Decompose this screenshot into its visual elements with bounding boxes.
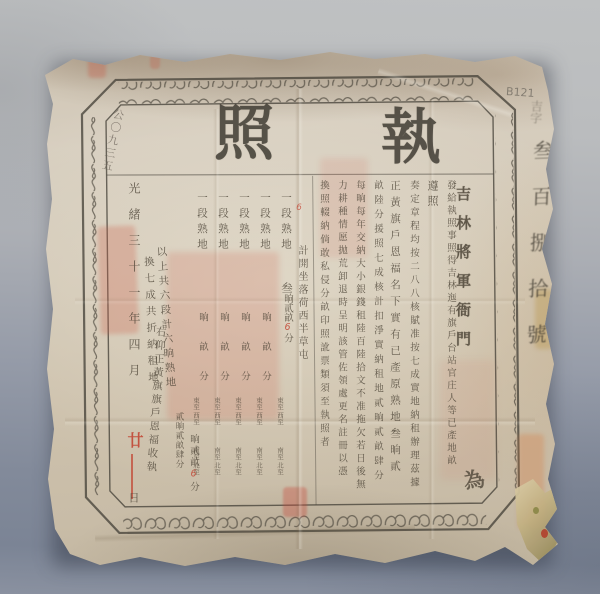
- red-amount-digit: 6: [188, 469, 199, 482]
- preamble-column-2-zunzhao: 遵照: [424, 180, 440, 210]
- document-paper: 執 照 吉林將軍衙門 為 發給執照事照得吉林迤有旗戶台站官庄人等已產地畝 遵照 …: [45, 49, 559, 566]
- listing-header-column: 計開坐落荷西半草屯: [294, 245, 327, 362]
- totals-line-1-value: 貳晌貳畝肆分: [173, 412, 185, 469]
- land-entry-4: 一段熟地 晌畝分 東至西至 南至北至: [214, 192, 230, 492]
- entry-bounds-sn: 南至北至: [275, 447, 293, 477]
- entry-label: 一段熟地: [258, 192, 273, 254]
- entry-units: 晌畝分: [258, 312, 272, 401]
- preamble-column-1: 發給執照事照得吉林迤有旗戶台站官庄人等已產地畝: [443, 180, 457, 468]
- land-entry-1: 一段熟地 叁晌貳畝6分 東至西至 南至北至: [277, 192, 293, 492]
- preamble-column-3: 奏定章程均按二八八核賦准按七成實地納租辦理茲據: [406, 180, 420, 491]
- damage-olive-speck: [533, 507, 539, 514]
- entry-units: 晌畝分: [237, 312, 251, 401]
- preamble-column-7: 力耕種情愿抛荒卸退時呈明該管佐領處更名註冊以憑: [334, 180, 348, 479]
- entry-label: 一段熟地: [195, 192, 210, 254]
- title-separator-rule: [107, 171, 494, 178]
- entry-bounds-ew: 東至西至: [191, 397, 209, 427]
- red-fragment-top: [150, 55, 160, 69]
- listing-header: 計開坐落: [296, 245, 307, 297]
- entry-bounds-sn: 南至北至: [212, 447, 230, 477]
- damage-red-speck: [541, 529, 548, 538]
- entry-units: 晌畝分: [216, 312, 230, 401]
- date-day-suffix: 日: [125, 492, 141, 503]
- land-entry-3: 一段熟地 晌畝分 東至西至 南至北至: [235, 192, 251, 492]
- entry-bounds-ew: 東至西至: [275, 397, 293, 427]
- frame-top-scroll-band: [119, 78, 476, 104]
- entry-label: 一段熟地: [237, 192, 252, 254]
- entry-label: 一段熟地: [216, 192, 231, 254]
- photo-backdrop: 執 照 吉林將軍衙門 為 發給執照事照得吉林迤有旗戶台站官庄人等已產地畝 遵照 …: [0, 0, 600, 594]
- pencil-note: B121: [506, 85, 535, 100]
- stray-red-digit: 6: [294, 203, 304, 213]
- preamble-column-4: 正黃旗戶恩福名下實有已產原熟地叁晌貳: [388, 180, 403, 477]
- listing-place: 荷西半草屯: [294, 297, 309, 362]
- date-day-red: 廿: [123, 432, 146, 448]
- entry-bounds-ew: 東至西至: [233, 397, 251, 427]
- totals-line-2-value: 晌貳畝6分: [186, 434, 200, 493]
- frame-right-vine-band: [495, 113, 517, 491]
- margin-tally-top: 吉字: [527, 100, 545, 125]
- title-char-zhi: 執: [363, 105, 449, 165]
- entry-bounds-sn: 南至北至: [254, 447, 272, 477]
- title-char-zhao: 照: [196, 101, 282, 161]
- entry-label: 一段熟地: [279, 192, 294, 254]
- entry-bounds-ew: 東至西至: [212, 397, 230, 427]
- land-entry-2: 一段熟地 晌畝分 東至西至 南至北至: [256, 192, 272, 492]
- entry-amount: 叁晌貳畝6分: [279, 282, 295, 343]
- entry-bounds-ew: 東至西至: [254, 397, 272, 427]
- entry-bounds-sn: 南至北至: [233, 447, 251, 477]
- entry-units: 晌畝分: [195, 312, 209, 401]
- preamble-column-5: 畝陸分援照七成核計扣淨實納租地貳晌貳畝肆分: [370, 180, 384, 485]
- red-fragment-top-left: [88, 52, 106, 78]
- date-era-column: 光緒三十一年四月: [126, 182, 143, 390]
- preamble-column-6: 每晌每年交納大小銀錢租陸百陸拾文不准拖欠若日後無: [352, 180, 366, 492]
